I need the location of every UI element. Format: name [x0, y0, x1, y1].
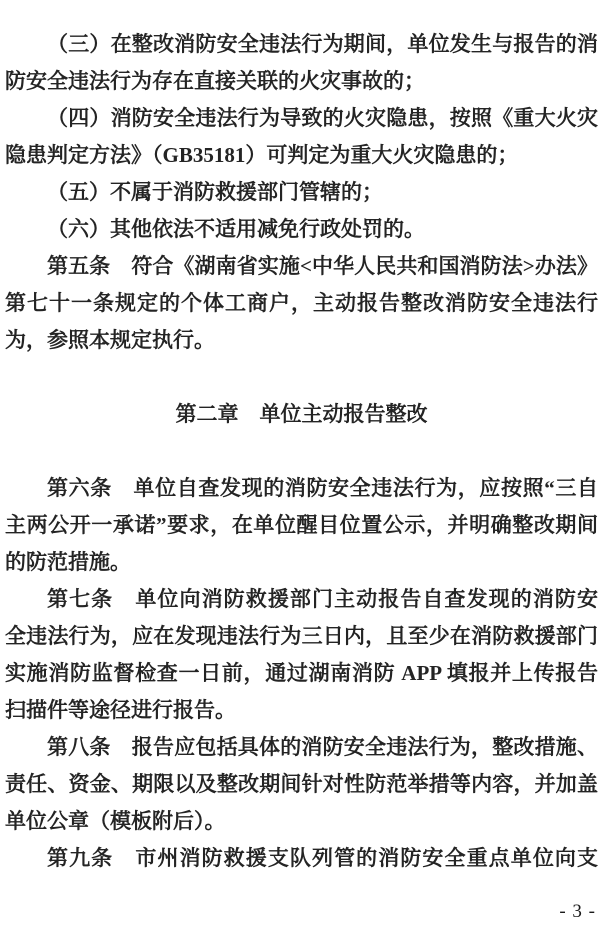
text-line: 第九条 市州消防救援支队列管的消防安全重点单位向支	[5, 840, 598, 877]
document-body: （三）在整改消防安全违法行为期间，单位发生与报告的消 防安全违法行为存在直接关联…	[0, 0, 605, 877]
text-line: 第五条 符合《湖南省实施<中华人民共和国消防法>办法》	[5, 248, 598, 285]
text-line: （四）消防安全违法行为导致的火灾隐患，按照《重大火灾	[5, 100, 598, 137]
document-page: （三）在整改消防安全违法行为期间，单位发生与报告的消 防安全违法行为存在直接关联…	[0, 0, 605, 934]
text-line: （三）在整改消防安全违法行为期间，单位发生与报告的消	[5, 26, 598, 63]
text-line: （五）不属于消防救援部门管辖的；	[5, 174, 598, 211]
text-line: 全违法行为，应在发现违法行为三日内，且至少在消防救援部门	[5, 618, 598, 655]
text-line: 第七条 单位向消防救援部门主动报告自查发现的消防安	[5, 581, 598, 618]
text-line: 扫描件等途径进行报告。	[5, 692, 598, 729]
page-number: - 3 -	[559, 901, 596, 923]
text-line: 隐患判定方法》（GB35181）可判定为重大火灾隐患的；	[5, 137, 598, 174]
text-line: 第六条 单位自查发现的消防安全违法行为，应按照“三自	[5, 470, 598, 507]
text-line: 单位公章（模板附后）。	[5, 803, 598, 840]
text-line: （六）其他依法不适用减免行政处罚的。	[5, 211, 598, 248]
text-line: 主两公开一承诺”要求，在单位醒目位置公示，并明确整改期间	[5, 507, 598, 544]
text-line: 的防范措施。	[5, 544, 598, 581]
text-line: 第八条 报告应包括具体的消防安全违法行为，整改措施、	[5, 729, 598, 766]
text-line: 为，参照本规定执行。	[5, 322, 598, 359]
text-line: 实施消防监督检查一日前，通过湖南消防 APP 填报并上传报告	[5, 655, 598, 692]
text-line: 第七十一条规定的个体工商户，主动报告整改消防安全违法行	[5, 285, 598, 322]
chapter-heading: 第二章 单位主动报告整改	[5, 396, 598, 433]
text-line: 责任、资金、期限以及整改期间针对性防范举措等内容，并加盖	[5, 766, 598, 803]
text-line: 防安全违法行为存在直接关联的火灾事故的；	[5, 63, 598, 100]
